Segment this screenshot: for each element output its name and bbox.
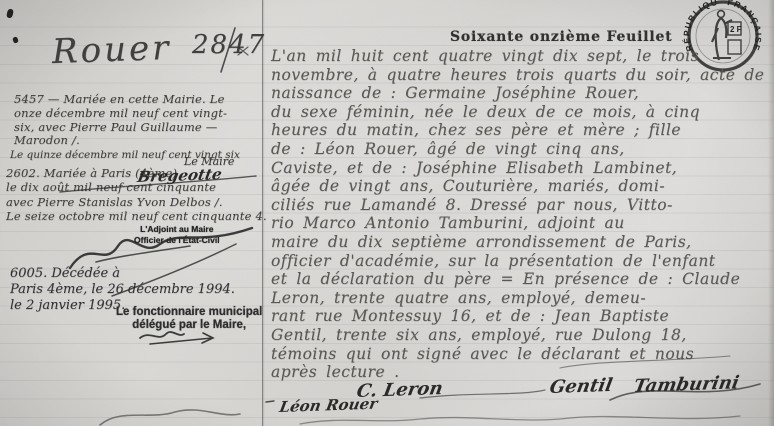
municipal-signature-scribble	[140, 332, 184, 338]
act-line: Caviste, et de : Joséphine Elisabeth Lam…	[271, 159, 764, 178]
margin-note-line: Marodon /.	[14, 134, 227, 148]
margin-note-line: onze décembre mil neuf cent vingt-	[14, 107, 227, 121]
act-line: ciliés rue Lamandé 8. Dressé par nous, V…	[271, 196, 764, 215]
margin-note-line: 6005. Décédée à	[10, 266, 235, 282]
act-line: de : Léon Rouer, âgé de vingt cinq ans,	[271, 140, 764, 159]
stamp-line: Le fonctionnaire municipal	[116, 306, 262, 319]
act-line: du sexe féminin, née le deux de ce mois,…	[271, 103, 764, 122]
declarant-signature-rouer: Léon Rouer	[278, 395, 379, 416]
stamp-line: délégué par le Maire,	[116, 319, 262, 332]
stamp-arc-left: RÉPUBLIQUE	[682, 0, 719, 53]
scan-speck	[12, 36, 19, 43]
margin-note-line: 5457 — Mariée en cette Mairie. Le	[14, 93, 227, 107]
officer-signature-tamburini: Tamburini	[632, 372, 741, 397]
margin-act-number: 2847	[192, 30, 266, 60]
margin-note-line: six, avec Pierre Paul Guillaume —	[14, 121, 227, 135]
act-line: témoins qui ont signé avec le déclarant …	[271, 345, 764, 364]
act-line: novembre, à quatre heures trois quarts d…	[271, 66, 764, 85]
act-line: âgée de vingt ans, Couturière, mariés, d…	[271, 177, 764, 196]
stamp-line: Officier de l'État-Civil	[134, 235, 220, 246]
act-line: maire du dix septième arrondissement de …	[271, 233, 764, 252]
next-act-partial-stroke	[300, 416, 740, 424]
stamp-value: 2 F	[730, 25, 742, 34]
next-act-partial-stroke	[100, 410, 240, 425]
margin-note-line: Paris 4ème, le 26 décembre 1994.	[10, 282, 235, 298]
stamp-line: L'Adjoint au Maire	[134, 224, 220, 235]
act-line: heures du matin, chez ses père et mère ;…	[271, 121, 764, 140]
page-right-edge-shadow	[768, 0, 774, 426]
birth-act-text: L'an mil huit cent quatre vingt dix sept…	[271, 47, 764, 382]
margin-marriage-note-2: 2602. Mariée à Paris (4ème) le dix août …	[6, 166, 267, 223]
act-line: rio Marco Antonio Tamburini, adjoint au	[271, 214, 764, 233]
act-line: et la déclaration du père = En présence …	[271, 270, 764, 289]
act-line: Gentil, trente six ans, employé, rue Dul…	[271, 326, 764, 345]
svg-text:RÉPUBLIQUE: RÉPUBLIQUE	[682, 0, 719, 53]
municipal-officer-stamp: Le fonctionnaire municipal délégué par l…	[116, 306, 262, 332]
witness-signature-gentil: Gentil	[548, 375, 614, 398]
scanned-birth-record-page: Rouer 2847 5457 — Mariée en cette Mairie…	[0, 0, 774, 426]
act-line: rant rue Montessuy 16, et de : Jean Bapt…	[271, 307, 764, 326]
margin-marriage-note-1: 5457 — Mariée en cette Mairie. Le onze d…	[14, 93, 227, 148]
scan-speck	[6, 8, 14, 18]
act-line: Leron, trente quatre ans, employé, demeu…	[271, 289, 764, 308]
act-line: naissance de : Germaine Joséphine Rouer,	[271, 84, 764, 103]
dash-mark	[266, 401, 274, 402]
margin-note-line: Le seize octobre mil neuf cent cinquante…	[6, 209, 267, 223]
municipal-signature-arrow	[150, 333, 213, 344]
adjoint-signature-flourish	[96, 246, 190, 262]
margin-surname: Rouer	[51, 28, 172, 72]
act-line: officier d'académie, sur la présentation…	[271, 252, 764, 271]
printed-folio-header: Soixante onzième Feuillet	[450, 29, 668, 45]
mayor-signature: Bregeotte	[136, 165, 223, 186]
margin-note-line: avec Pierre Stanislas Yvon Delbos /.	[6, 195, 267, 209]
adjoint-maire-stamp: L'Adjoint au Maire Officier de l'État-Ci…	[134, 224, 220, 245]
act-line: L'an mil huit cent quatre vingt dix sept…	[271, 47, 764, 66]
